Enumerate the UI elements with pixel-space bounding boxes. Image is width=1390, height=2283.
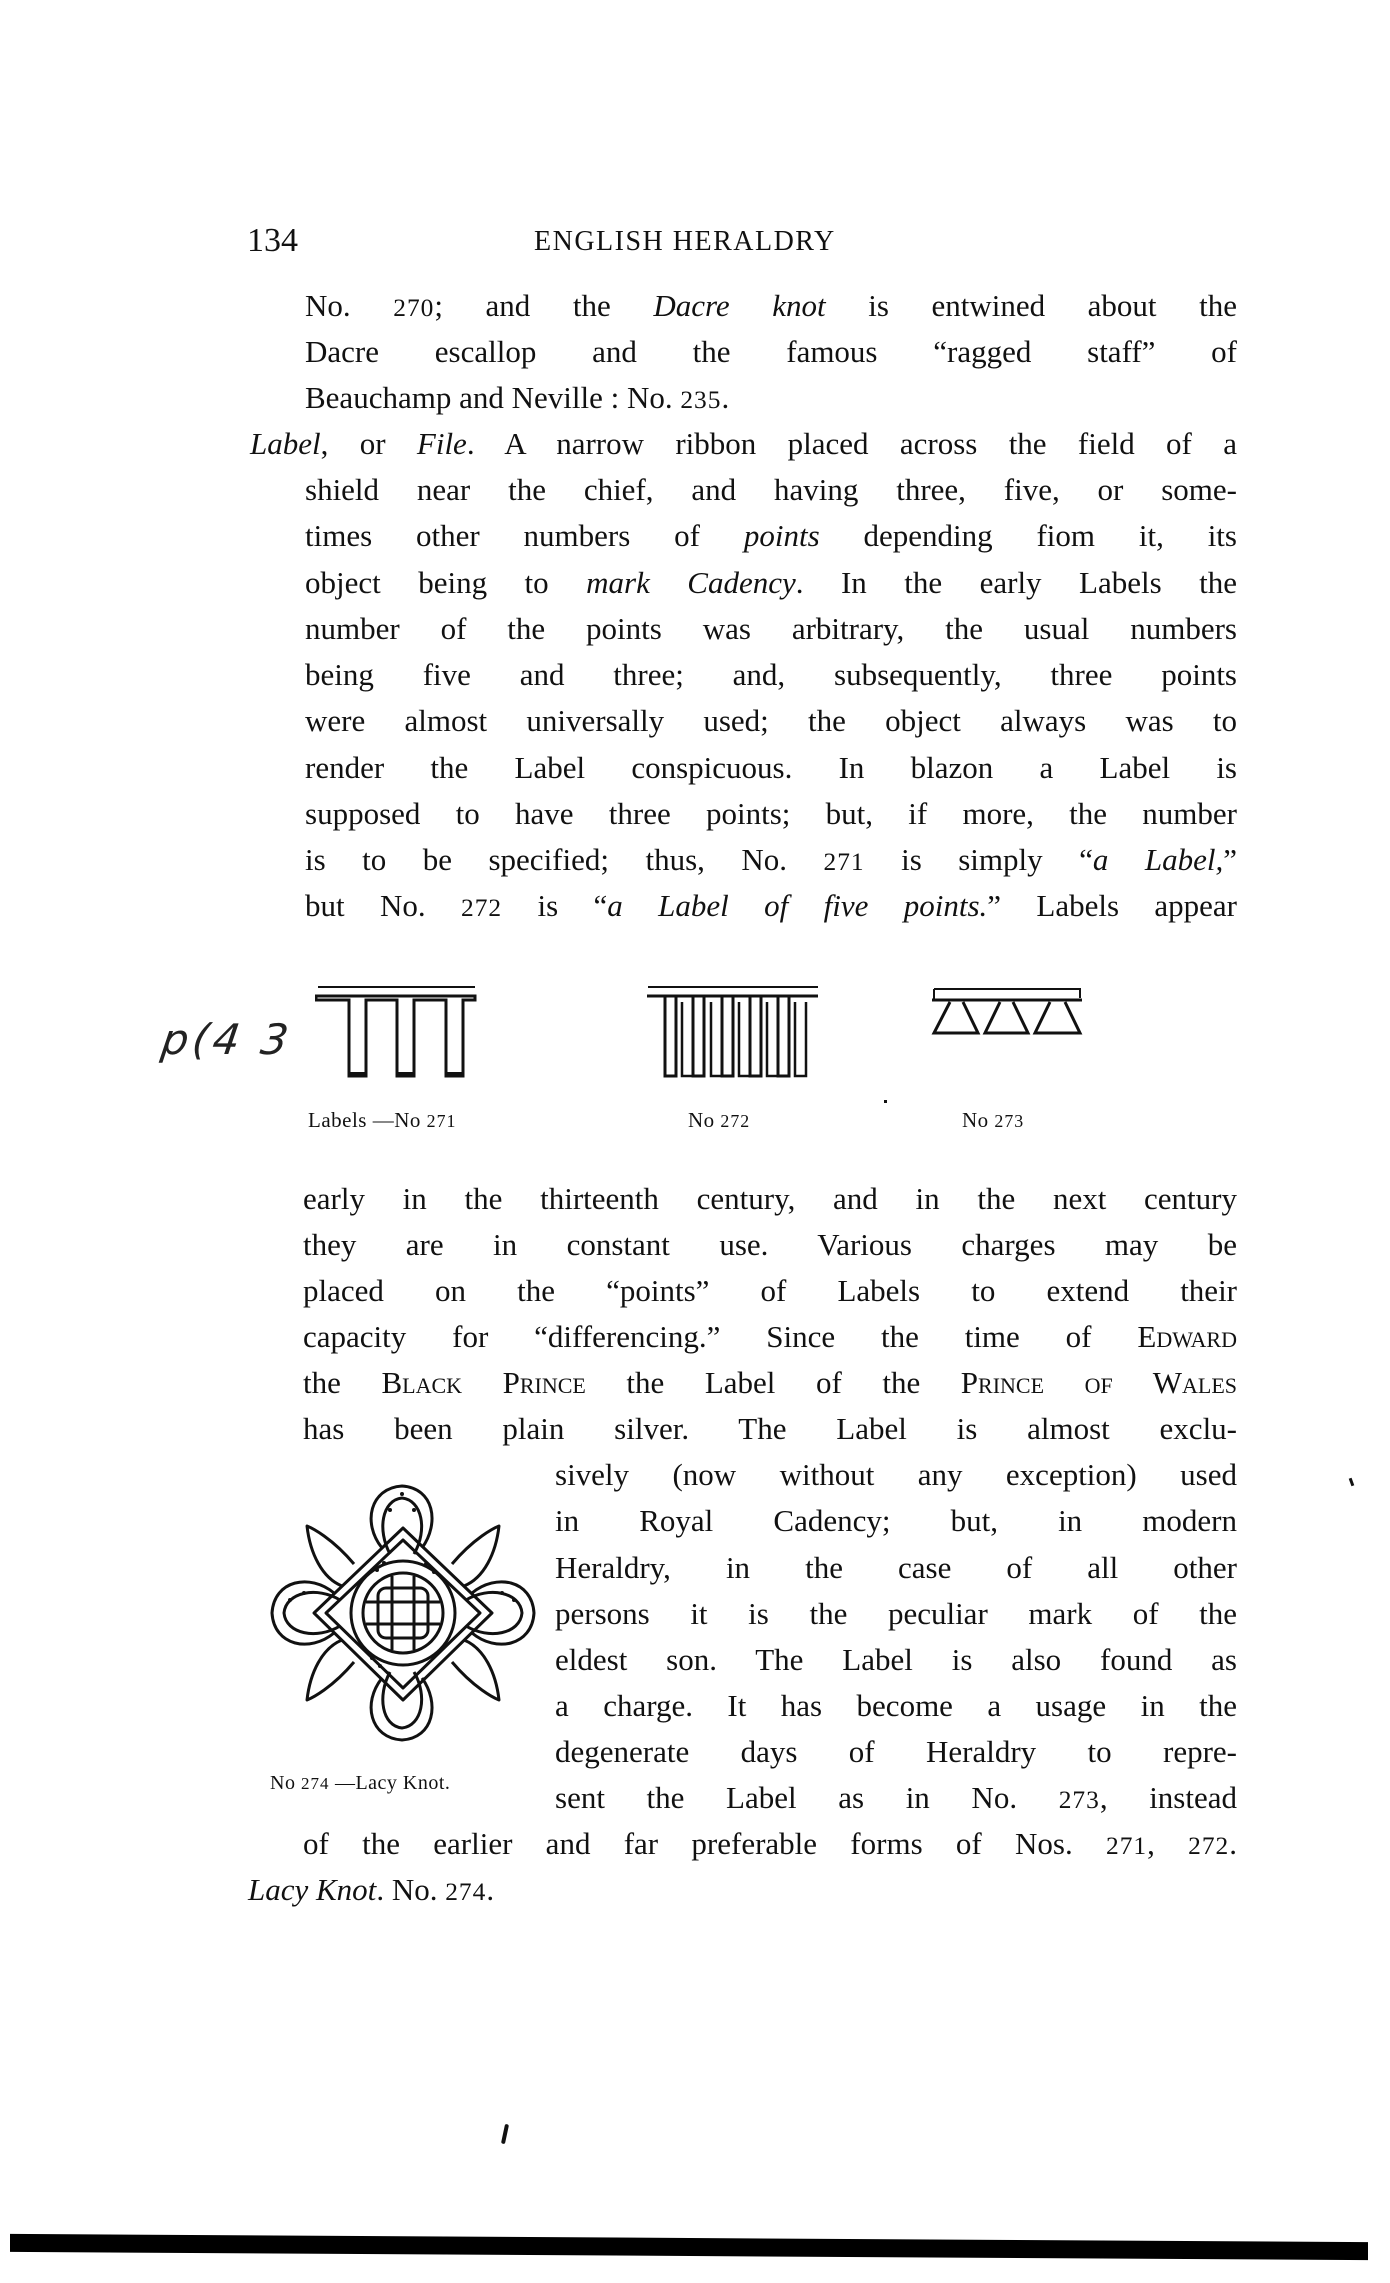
text-line: the Black Prince the Label of the Prince… bbox=[303, 1363, 1237, 1403]
text-line: early in the thirteenth century, and in … bbox=[303, 1179, 1237, 1219]
label-three-points-figure bbox=[315, 982, 477, 1082]
text-line: Heraldry, in the case of all other bbox=[555, 1548, 1237, 1588]
text-line: Beauchamp and Neville : No. 235. bbox=[305, 378, 1237, 418]
text-line: persons it is the peculiar mark of the bbox=[555, 1594, 1237, 1634]
print-speck bbox=[1349, 1478, 1355, 1487]
running-title: ENGLISH HERALDRY bbox=[534, 226, 836, 258]
page-number: 134 bbox=[247, 222, 298, 260]
text-line: in Royal Cadency; but, in modern bbox=[555, 1501, 1237, 1541]
text-line: has been plain silver. The Label is almo… bbox=[303, 1409, 1237, 1449]
text-line: is to be specified; thus, No. 271 is sim… bbox=[305, 840, 1237, 880]
figure-caption-273: No 273 bbox=[962, 1108, 1024, 1133]
handwritten-annotation: p(4 3 bbox=[159, 1015, 296, 1064]
lacy-knot-figure bbox=[262, 1468, 544, 1758]
text-line: but No. 272 is “a Label of five points.”… bbox=[305, 886, 1237, 926]
figure-caption-272: No 272 bbox=[688, 1108, 750, 1133]
text-line: Label, or File. A narrow ribbon placed a… bbox=[250, 424, 1237, 464]
text-line: of the earlier and far preferable forms … bbox=[303, 1824, 1237, 1864]
print-speck bbox=[884, 1100, 887, 1103]
text-line: a charge. It has become a usage in the bbox=[555, 1686, 1237, 1726]
term-dacre-knot: Dacre knot bbox=[653, 288, 825, 323]
scan-edge-bar bbox=[10, 2234, 1368, 2260]
text-line: capacity for “differencing.” Since the t… bbox=[303, 1317, 1237, 1357]
text-line: render the Label conspicuous. In blazon … bbox=[305, 748, 1237, 788]
running-head: 134 ENGLISH HERALDRY bbox=[247, 222, 1237, 262]
figure-caption-274: No 274 —Lacy Knot. bbox=[270, 1772, 450, 1795]
text-line: number of the points was arbitrary, the … bbox=[305, 609, 1237, 649]
text-line: times other numbers of points depending … bbox=[305, 516, 1237, 556]
text-line: eldest son. The Label is also found as bbox=[555, 1640, 1237, 1680]
text-line: shield near the chief, and having three,… bbox=[305, 470, 1237, 510]
term-file: File bbox=[417, 426, 467, 461]
book-page: 134 ENGLISH HERALDRY No. 270; and the Da… bbox=[0, 0, 1390, 2283]
text-line: placed on the “points” of Labels to exte… bbox=[303, 1271, 1237, 1311]
term-label: Label bbox=[250, 426, 321, 461]
text-line: being five and three; and, subsequently,… bbox=[305, 655, 1237, 695]
ink-mark bbox=[501, 2124, 509, 2144]
label-five-points-figure bbox=[646, 982, 820, 1082]
text-line: they are in constant use. Various charge… bbox=[303, 1225, 1237, 1265]
text-line: Lacy Knot. No. 274. bbox=[248, 1870, 648, 1910]
text-line: sent the Label as in No. 273, instead bbox=[555, 1778, 1237, 1818]
text-line: Dacre escallop and the famous “ragged st… bbox=[305, 332, 1237, 372]
text-line: supposed to have three points; but, if m… bbox=[305, 794, 1237, 834]
term-lacy-knot: Lacy Knot bbox=[248, 1872, 376, 1907]
text-line: No. 270; and the Dacre knot is entwined … bbox=[305, 286, 1237, 326]
text-line: degenerate days of Heraldry to repre- bbox=[555, 1732, 1237, 1772]
text-line: object being to mark Cadency. In the ear… bbox=[305, 563, 1237, 603]
figure-caption-271: Labels —No 271 bbox=[308, 1108, 456, 1133]
label-triangular-figure bbox=[930, 986, 1088, 1042]
text-line: sively (now without any exception) used bbox=[555, 1455, 1237, 1495]
text-line: were almost universally used; the object… bbox=[305, 701, 1237, 741]
